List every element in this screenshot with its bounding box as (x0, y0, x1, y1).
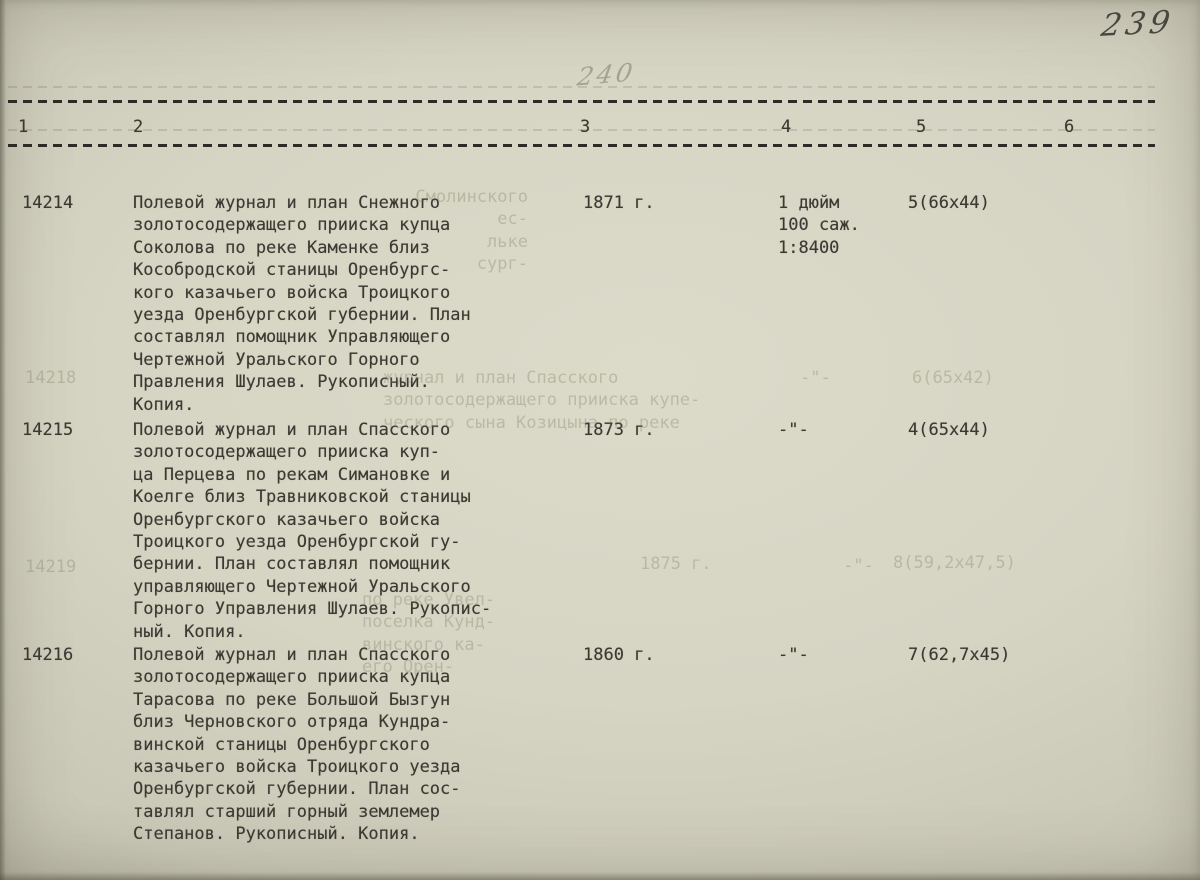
bleedthrough-ditto: -"- (800, 367, 831, 389)
scanned-archive-page: 239 240 1 2 3 4 5 6 14214 Полевой журнал… (0, 0, 1200, 880)
column-header-5: 5 (916, 116, 926, 138)
catalog-entry-id: 14216 (22, 644, 73, 666)
bleedthrough-year: 1875 г. (640, 553, 712, 575)
entry-count-size: 5(66x44) (908, 192, 990, 214)
entry-count-size: 7(62,7x45) (908, 644, 1010, 666)
handwritten-page-number: 239 (1099, 4, 1177, 44)
bleedthrough-text-block: Смолинскогоес-лькесург- (388, 186, 528, 276)
bleedthrough-dashed-line (8, 86, 1155, 88)
column-header-3: 3 (580, 116, 590, 138)
entry-year: 1871 г. (583, 192, 655, 214)
catalog-entry-id: 14214 (22, 192, 73, 214)
entry-scale-ditto: -"- (778, 644, 809, 666)
entry-count-size: 4(65x44) (908, 419, 990, 441)
bleedthrough-text-block: журнал и план Спасскогозолотосодержащего… (383, 367, 700, 434)
column-header-1: 1 (18, 116, 28, 138)
bleedthrough-text-block: по реке Увел-поселка Кунд-винского ка-ег… (362, 589, 495, 679)
bleedthrough-count-size: 8(59,2x47,5) (893, 552, 1016, 574)
bleedthrough-ditto: -"- (843, 555, 874, 577)
entry-year: 1860 г. (583, 644, 655, 666)
table-top-rule (8, 100, 1155, 103)
bleedthrough-count-size: 6(65x42) (912, 367, 994, 389)
entry-scale: 1 дюйм100 саж.1:8400 (778, 192, 860, 259)
table-header-rule (8, 144, 1155, 147)
bleedthrough-entry-id: 14219 (25, 556, 76, 578)
entry-scale-ditto: -"- (778, 419, 809, 441)
catalog-entry-id: 14215 (22, 419, 73, 441)
bleedthrough-entry-id: 14218 (25, 367, 76, 389)
column-header-4: 4 (781, 116, 791, 138)
column-header-6: 6 (1064, 116, 1074, 138)
column-header-2: 2 (133, 116, 143, 138)
